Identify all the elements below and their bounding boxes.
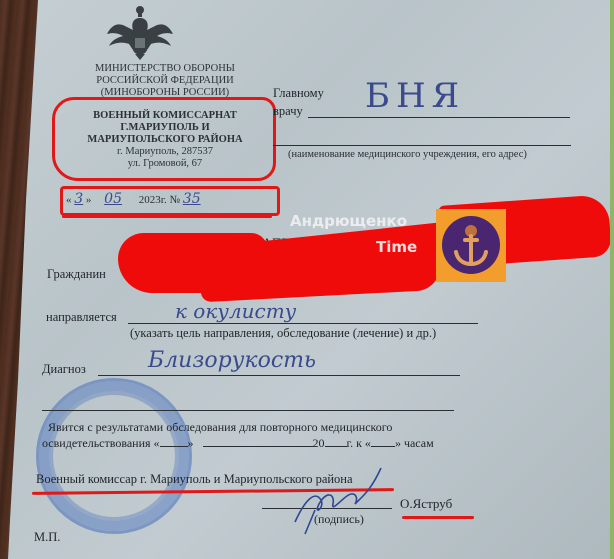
ministry-header: МИНИСТЕРСТВО ОБОРОНЫ РОССИЙСКОЙ ФЕДЕРАЦИ…	[55, 63, 275, 99]
watermark-name: Андрющенко	[290, 212, 407, 230]
directed-handwritten: к окулисту	[175, 299, 296, 323]
date-month: 05	[104, 191, 122, 207]
seal-label: М.П.	[34, 530, 60, 545]
document-paper: МИНИСТЕРСТВО ОБОРОНЫ РОССИЙСКОЙ ФЕДЕРАЦИ…	[0, 0, 610, 559]
address-line-2: ул. Громовой, 67	[55, 158, 275, 170]
handwritten-signature-icon	[285, 460, 395, 540]
recipient-label-2: врачу	[273, 104, 303, 119]
return-instruction-line1: Явится с результатами обследования для п…	[48, 420, 392, 435]
recipient-label-1: Главному	[273, 86, 324, 101]
double-headed-eagle-emblem-icon	[105, 4, 175, 62]
directed-label: направляется	[46, 310, 117, 325]
signatory-name: О.Яструб	[400, 496, 452, 512]
signatory-name-underline	[402, 516, 474, 519]
recipient-handwritten: БНЯ	[365, 76, 465, 116]
directed-caption: (указать цель направления, обследование …	[130, 326, 436, 341]
office-line-2: Г.МАРИУПОЛЬ И	[55, 122, 275, 134]
diagnosis-underline-2	[42, 410, 454, 411]
directed-underline	[128, 323, 478, 324]
date-day: 3	[74, 191, 83, 207]
office-line-1: ВОЕННЫЙ КОМИССАРНАТ	[55, 110, 275, 122]
return-instruction-line2: освидетельствования «» 20г. к «» часам	[42, 436, 434, 451]
diagnosis-handwritten: Близорукость	[148, 348, 316, 373]
address-line-1: г. Мариуполь, 287537	[55, 146, 275, 158]
signature-caption: (подпись)	[314, 512, 364, 527]
document-number: 35	[183, 191, 201, 207]
watermark-logo	[436, 209, 506, 282]
ministry-line-2: РОССИЙСКОЙ ФЕДЕРАЦИИ	[55, 75, 275, 87]
diagnosis-underline	[98, 375, 460, 376]
ministry-line-1: МИНИСТЕРСТВО ОБОРОНЫ	[55, 63, 275, 75]
institution-underline	[273, 145, 571, 146]
anchor-microphone-logo-icon	[442, 216, 500, 274]
date-underline	[62, 215, 272, 218]
citizen-label: Гражданин	[47, 267, 106, 282]
office-line-3: МАРИУПОЛЬСКОГО РАЙОНА	[55, 134, 275, 146]
date-year: 2023г.	[139, 194, 167, 206]
institution-caption: (наименование медицинского учреждения, е…	[288, 149, 527, 160]
official-seal-stamp	[36, 378, 192, 534]
date-line: « 3 » 05 2023г. № 35	[66, 191, 201, 207]
logo-circle	[442, 216, 500, 274]
watermark-time: Time	[376, 238, 417, 256]
diagnosis-label: Диагноз	[42, 362, 86, 377]
recipient-underline	[308, 117, 570, 118]
office-block: ВОЕННЫЙ КОМИССАРНАТ Г.МАРИУПОЛЬ И МАРИУП…	[55, 110, 275, 170]
